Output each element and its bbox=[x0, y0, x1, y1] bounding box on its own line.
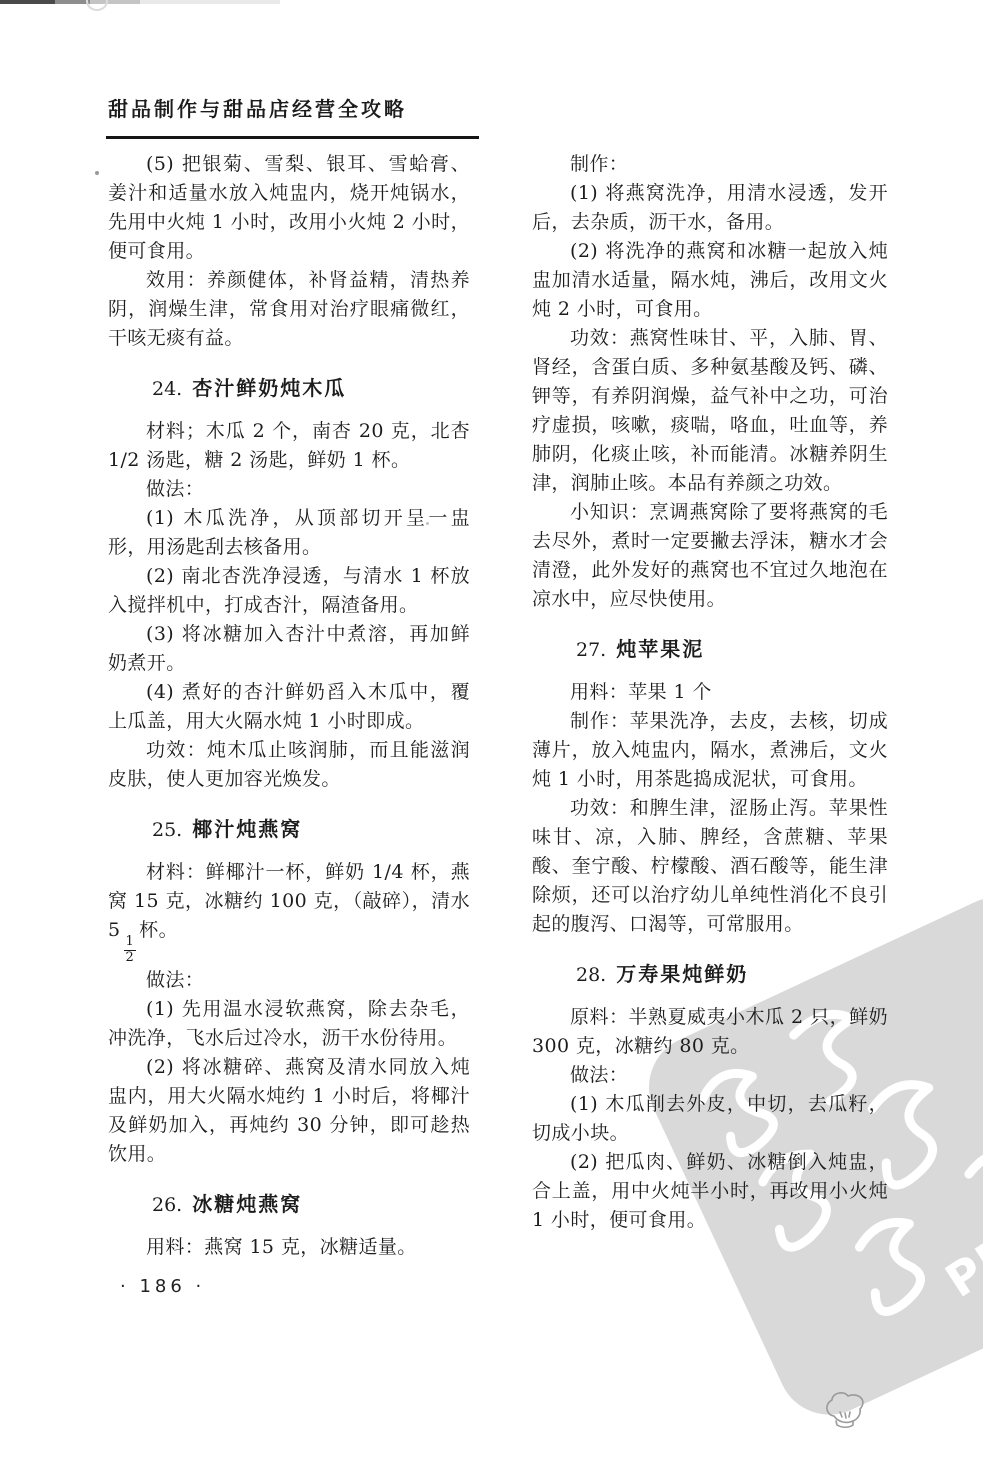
paragraph: 做法： bbox=[532, 1061, 888, 1090]
stacked-fraction: 12 bbox=[124, 935, 137, 966]
chef-hat-icon bbox=[822, 1388, 870, 1436]
section-title: 炖苹果泥 bbox=[616, 637, 704, 661]
paragraph: 用料：燕窝 15 克，冰糖适量。 bbox=[108, 1233, 470, 1262]
paragraph: (5) 把银菊、雪梨、银耳、雪蛤膏、姜汁和适量水放入炖盅内，烧开炖锅水，先用中火… bbox=[108, 150, 470, 266]
paragraph: 功效：和脾生津，涩肠止泻。苹果性味甘、凉，入肺、脾经，含蔗糖、苹果酸、奎宁酸、柠… bbox=[532, 794, 888, 939]
paragraph: (1) 将燕窝洗净，用清水浸透，发开后，去杂质，沥干水，备用。 bbox=[532, 179, 888, 237]
paragraph: 小知识：烹调燕窝除了要将燕窝的毛去尽外，煮时一定要撇去浮沫，糖水才会清澄，此外发… bbox=[532, 498, 888, 614]
section-title: 万寿果炖鲜奶 bbox=[616, 962, 748, 986]
fraction-denominator: 2 bbox=[124, 950, 137, 966]
paragraph: (2) 把瓜肉、鲜奶、冰糖倒入炖盅，合上盖，用中火炖半小时，再改用小火炖 1 小… bbox=[532, 1148, 888, 1235]
section-number: 25. bbox=[152, 819, 182, 841]
section-title: 椰汁炖燕窝 bbox=[192, 817, 302, 841]
paragraph: (2) 南北杏洗净浸透，与清水 1 杯放入搅拌机中，打成杏汁，隔渣备用。 bbox=[108, 562, 470, 620]
paragraph: 用料：苹果 1 个 bbox=[532, 678, 888, 707]
section-title: 冰糖炖燕窝 bbox=[192, 1192, 302, 1216]
right-column: 制作：(1) 将燕窝洗净，用清水浸透，发开后，去杂质，沥干水，备用。(2) 将洗… bbox=[532, 150, 888, 1235]
paragraph: 制作：苹果洗净，去皮，去核，切成薄片，放入炖盅内，隔水，煮沸后，文火炖 1 小时… bbox=[532, 707, 888, 794]
paragraph: (4) 煮好的杏汁鲜奶舀入木瓜中，覆上瓜盖，用大火隔水炖 1 小时即成。 bbox=[108, 678, 470, 736]
paragraph: (1) 木瓜削去外皮，中切，去瓜籽，切成小块。 bbox=[532, 1090, 888, 1148]
header-rule bbox=[106, 136, 479, 139]
paragraph: 效用：养颜健体，补肾益精，清热养阴，润燥生津，常食用对治疗眼痛微红，干咳无痰有益… bbox=[108, 266, 470, 353]
paragraph: 制作： bbox=[532, 150, 888, 179]
paragraph: (1) 木瓜洗净，从顶部切开呈一盅形，用汤匙刮去核备用。 bbox=[108, 504, 470, 562]
scan-artifact-top-strip bbox=[0, 0, 300, 4]
scan-speck bbox=[426, 522, 429, 525]
section-heading: 24.杏汁鲜奶炖木瓜 bbox=[152, 374, 470, 404]
page-root: { "page": { "book_title": "甜品制作与甜品店经营全攻略… bbox=[0, 0, 983, 1470]
paragraph-with-fraction: 材料：鲜椰汁一杯，鲜奶 1/4 杯，燕窝 15 克，冰糖约 100 克，（敲碎）… bbox=[108, 858, 470, 966]
scan-speck bbox=[95, 171, 99, 175]
paragraph: 原料：半熟夏威夷小木瓜 2 只，鲜奶 300 克，冰糖约 80 克。 bbox=[532, 1003, 888, 1061]
paragraph: 功效：燕窝性味甘、平，入肺、胃、肾经，含蛋白质、多种氨基酸及钙、磷、钾等，有养阴… bbox=[532, 324, 888, 498]
section-number: 28. bbox=[576, 964, 606, 986]
paragraph: (1) 先用温水浸软燕窝，除去杂毛，冲洗净，飞水后过冷水，沥干水份待用。 bbox=[108, 995, 470, 1053]
paragraph: 做法： bbox=[108, 475, 470, 504]
section-title: 杏汁鲜奶炖木瓜 bbox=[192, 376, 346, 400]
paragraph: (2) 将冰糖碎、燕窝及清水同放入炖盅内，用大火隔水炖约 1 小时后，将椰汁及鲜… bbox=[108, 1053, 470, 1169]
paragraph: 功效：炖木瓜止咳润肺，而且能滋润皮肤，使人更加容光焕发。 bbox=[108, 736, 470, 794]
paragraph: 材料；木瓜 2 个，南杏 20 克，北杏 1/2 汤匙，糖 2 汤匙，鲜奶 1 … bbox=[108, 417, 470, 475]
book-title-running-head: 甜品制作与甜品店经营全攻略 bbox=[108, 93, 407, 122]
section-heading: 28.万寿果炖鲜奶 bbox=[576, 960, 888, 990]
scan-artifact-ring bbox=[86, 0, 108, 11]
section-heading: 27.炖苹果泥 bbox=[576, 635, 888, 665]
fraction-numerator: 1 bbox=[126, 935, 135, 950]
section-number: 27. bbox=[576, 639, 606, 661]
left-column: (5) 把银菊、雪梨、银耳、雪蛤膏、姜汁和适量水放入炖盅内，烧开炖锅水，先用中火… bbox=[108, 150, 470, 1262]
footer-page-number: · 186 · bbox=[120, 1276, 205, 1297]
section-heading: 25.椰汁炖燕窝 bbox=[152, 815, 470, 845]
paragraph: (2) 将洗净的燕窝和冰糖一起放入炖盅加清水适量，隔水炖，沸后，改用文火炖 2 … bbox=[532, 237, 888, 324]
section-number: 26. bbox=[152, 1194, 182, 1216]
paragraph: (3) 将冰糖加入杏汁中煮溶，再加鲜奶煮开。 bbox=[108, 620, 470, 678]
section-heading: 26.冰糖炖燕窝 bbox=[152, 1190, 470, 1220]
fraction-after-text: 杯。 bbox=[139, 919, 178, 941]
section-number: 24. bbox=[152, 378, 182, 400]
paragraph: 做法： bbox=[108, 966, 470, 995]
